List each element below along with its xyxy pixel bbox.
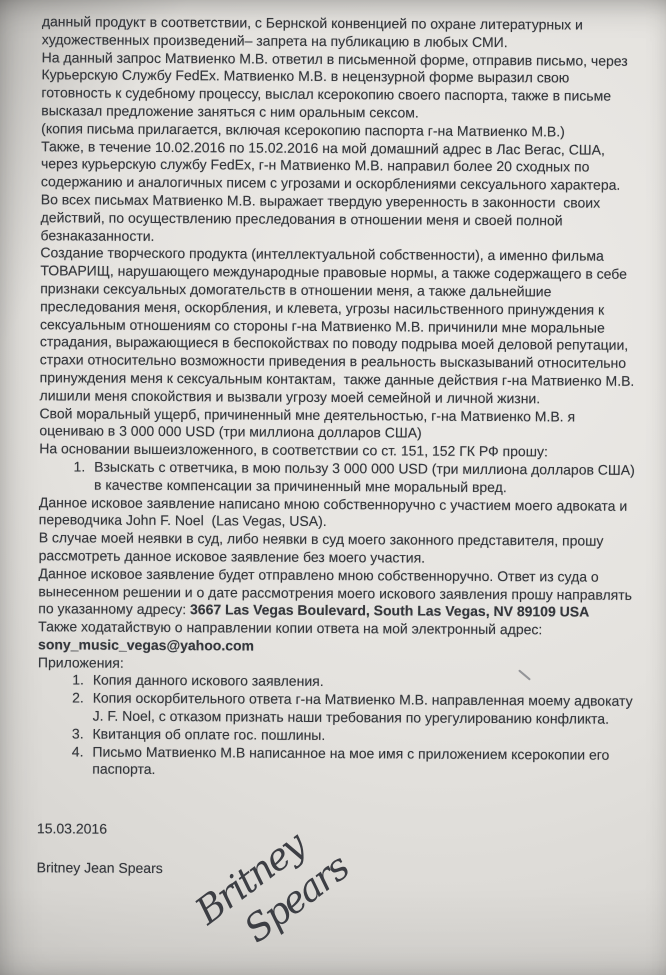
paragraph: Свой моральный ущерб, причиненный мне де… [39,405,637,444]
bold-text-run: 3667 Las Vegas Boulevard, South Las Vega… [190,601,589,619]
text-run: (копия письма прилагается, включая ксеро… [41,120,565,139]
paragraph: Также, в течение 10.02.2016 по 15.02.201… [41,138,640,248]
text-run: В случае моей неявки в суд, либо неявки … [39,529,608,565]
bold-text-run: sony_music_vegas@yahoo.com [38,636,254,653]
paragraph: Создание творческого продукта (интеллект… [40,245,639,409]
text-run: Данное исковое заявление написано мною с… [39,494,631,530]
text-run: Копия данного искового заявления. [93,672,324,689]
list-item: Копия оскорбительного ответа г-на Матвие… [88,690,636,729]
signature: Britney Spears [172,806,392,975]
text-run: Также, в течение 10.02.2016 по 15.02.201… [41,138,625,244]
paragraph: данный продукт в соответствии, с Бернско… [42,13,640,52]
numbered-list: Копия данного искового заявления.Копия о… [37,672,636,782]
text-run: Квитанция об оплате гос. пошлины. [92,725,325,742]
document-body: данный продукт в соответствии, с Бернско… [37,13,640,782]
text-run: данный продукт в соответствии, с Бернско… [42,13,587,50]
text-run: На данный запрос Матвиенко М.В. ответил … [41,49,631,121]
text-run: Копия оскорбительного ответа г-на Матвие… [93,690,637,727]
numbered-list: Взыскать с ответчика, в мою пользу 3 000… [39,458,637,497]
list-item: Взыскать с ответчика, в мою пользу 3 000… [89,458,637,497]
paragraph: На данный запрос Матвиенко М.В. ответил … [41,49,639,124]
paragraph: sony_music_vegas@yahoo.com [38,636,636,657]
text-run: Свой моральный ущерб, причиненный мне де… [39,405,579,441]
text-run: Также ходатайствую о направлении копии о… [38,618,542,637]
document-sheet: данный продукт в соответствии, с Бернско… [0,0,666,881]
paragraph: Данное исковое заявление будет отправлен… [38,565,636,622]
paragraph: В случае моей неявки в суд, либо неявки … [39,529,637,568]
text-run: Взыскать с ответчика, в мою пользу 3 000… [94,459,639,495]
paragraph: Данное исковое заявление написано мною с… [39,494,637,533]
text-run: На основании вышеизложенного, в соответс… [39,440,548,459]
text-run: Приложения: [38,654,124,671]
document-photo: данный продукт в соответствии, с Бернско… [0,0,666,975]
text-run: Письмо Матвиенко М.В написанное на мое и… [92,743,613,777]
list-item: Письмо Матвиенко М.В написанное на мое и… [87,743,635,782]
text-run: Создание творческого продукта (интеллект… [40,245,639,406]
